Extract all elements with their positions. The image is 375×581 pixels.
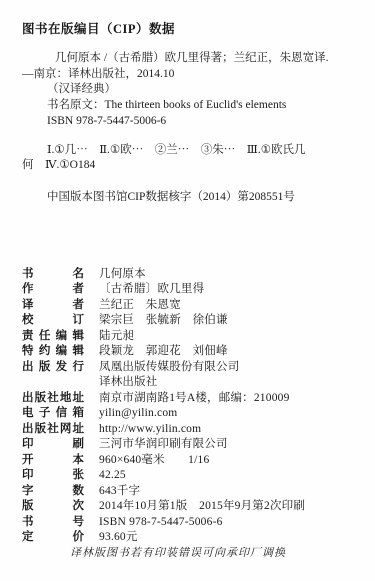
row-label: 字数: [22, 484, 84, 500]
row-label: 出版社网址: [22, 422, 84, 438]
cip-line: ISBN 978-7-5447-5006-6: [22, 114, 357, 130]
info-row-edition: 版次 2014年10月第1版 2015年9月第2次印刷: [22, 499, 357, 515]
cip-line: 几何原本 /（古希腊）欧几里得著；兰纪正，朱恩宽译.: [22, 51, 357, 67]
info-row-contributing-editor: 特约编辑 段颖龙 郭迎花 刘佃峰: [22, 344, 357, 360]
row-label: 责任编辑: [22, 329, 84, 345]
row-value: 译林出版社: [99, 375, 158, 391]
row-label: 版次: [22, 499, 84, 515]
row-value: 93.60元: [99, 530, 138, 546]
row-value: 960×640毫米 1/16: [99, 453, 209, 469]
colophon-page: 图书在版编目（CIP）数据 几何原本 /（古希腊）欧几里得著；兰纪正，朱恩宽译.…: [0, 0, 375, 581]
row-value: 凤凰出版传媒股份有限公司: [99, 360, 239, 376]
row-value: 643千字: [99, 484, 140, 500]
row-value: 42.25: [99, 468, 126, 484]
cip-line: 书名原文：The thirteen books of Euclid's elem…: [22, 98, 357, 114]
classification-line: Ⅰ.①几⋯ Ⅱ.①欧⋯ ②兰⋯ ③朱⋯ Ⅲ.①欧氏几: [22, 143, 357, 159]
row-value: 段颖龙 郭迎花 刘佃峰: [99, 344, 228, 360]
info-row-proofreader: 校订 梁宗巨 张毓新 徐伯谦: [22, 313, 357, 329]
row-label: 书名: [22, 267, 84, 283]
row-value: 〔古希腊〕欧几里得: [99, 282, 204, 298]
info-row-printer: 印刷 三河市华润印刷有限公司: [22, 437, 357, 453]
info-row-translator: 译者 兰纪正 朱恩宽: [22, 298, 357, 314]
cip-line: （汉译经典）: [22, 82, 357, 98]
row-label: 定价: [22, 530, 84, 546]
info-row-author: 作者 〔古希腊〕欧几里得: [22, 282, 357, 298]
info-row-isbn: 书号 ISBN 978-7-5447-5006-6: [22, 515, 357, 531]
row-value: 几何原本: [99, 267, 146, 283]
row-label: 校订: [22, 313, 84, 329]
reprint-notice: 译林版图书若有印装错误可向承印厂调换: [70, 546, 357, 562]
info-row-publisher-2: 译林出版社: [22, 375, 357, 391]
row-value: 2014年10月第1版 2015年9月第2次印刷: [99, 499, 305, 515]
classification-line: 何 Ⅳ.①O184: [22, 158, 357, 174]
row-value: 兰纪正 朱恩宽: [99, 298, 181, 314]
row-label: 印刷: [22, 437, 84, 453]
row-value: 陆元昶: [99, 329, 134, 345]
row-label: 电子信箱: [22, 406, 84, 422]
info-row-email: 电子信箱 yilin@yilin.com: [22, 406, 357, 422]
row-value: ISBN 978-7-5447-5006-6: [99, 515, 223, 531]
row-value: 梁宗巨 张毓新 徐伯谦: [99, 313, 228, 329]
row-label: 译者: [22, 298, 84, 314]
row-label: 出版社地址: [22, 391, 84, 407]
info-row-website: 出版社网址 http://www.yilin.com: [22, 422, 357, 438]
row-label: 作者: [22, 282, 84, 298]
info-row-wordcount: 字数 643千字: [22, 484, 357, 500]
colophon-table: 书名 几何原本 作者 〔古希腊〕欧几里得 译者 兰纪正 朱恩宽 校订 梁宗巨 张…: [22, 267, 357, 562]
cip-header: 图书在版编目（CIP）数据: [22, 21, 357, 38]
row-label: 印张: [22, 468, 84, 484]
row-label: 书号: [22, 515, 84, 531]
info-row-price: 定价 93.60元: [22, 530, 357, 546]
info-row-address: 出版社地址 南京市湖南路1号A楼，邮编：210009: [22, 391, 357, 407]
cip-line: —南京：译林出版社，2014.10: [22, 67, 357, 83]
row-value: yilin@yilin.com: [99, 406, 177, 422]
info-row-publisher: 出版发行 凤凰出版传媒股份有限公司: [22, 360, 357, 376]
cip-paragraph: 几何原本 /（古希腊）欧几里得著；兰纪正，朱恩宽译. —南京：译林出版社，201…: [22, 51, 357, 130]
cip-record-number: 中国版本图书馆CIP数据核字（2014）第208551号: [22, 189, 357, 205]
row-label: 特约编辑: [22, 344, 84, 360]
info-row-sheets: 印张 42.25: [22, 468, 357, 484]
info-row-title: 书名 几何原本: [22, 267, 357, 283]
row-value: http://www.yilin.com: [99, 422, 201, 438]
row-value: 三河市华润印刷有限公司: [99, 437, 228, 453]
info-row-editor: 责任编辑 陆元昶: [22, 329, 357, 345]
info-row-format: 开本 960×640毫米 1/16: [22, 453, 357, 469]
row-value: 南京市湖南路1号A楼，邮编：210009: [99, 391, 290, 407]
cip-classification: Ⅰ.①几⋯ Ⅱ.①欧⋯ ②兰⋯ ③朱⋯ Ⅲ.①欧氏几 何 Ⅳ.①O184: [22, 143, 357, 174]
row-label: 出版发行: [22, 360, 84, 376]
row-label: [22, 375, 84, 391]
row-label: 开本: [22, 453, 84, 469]
